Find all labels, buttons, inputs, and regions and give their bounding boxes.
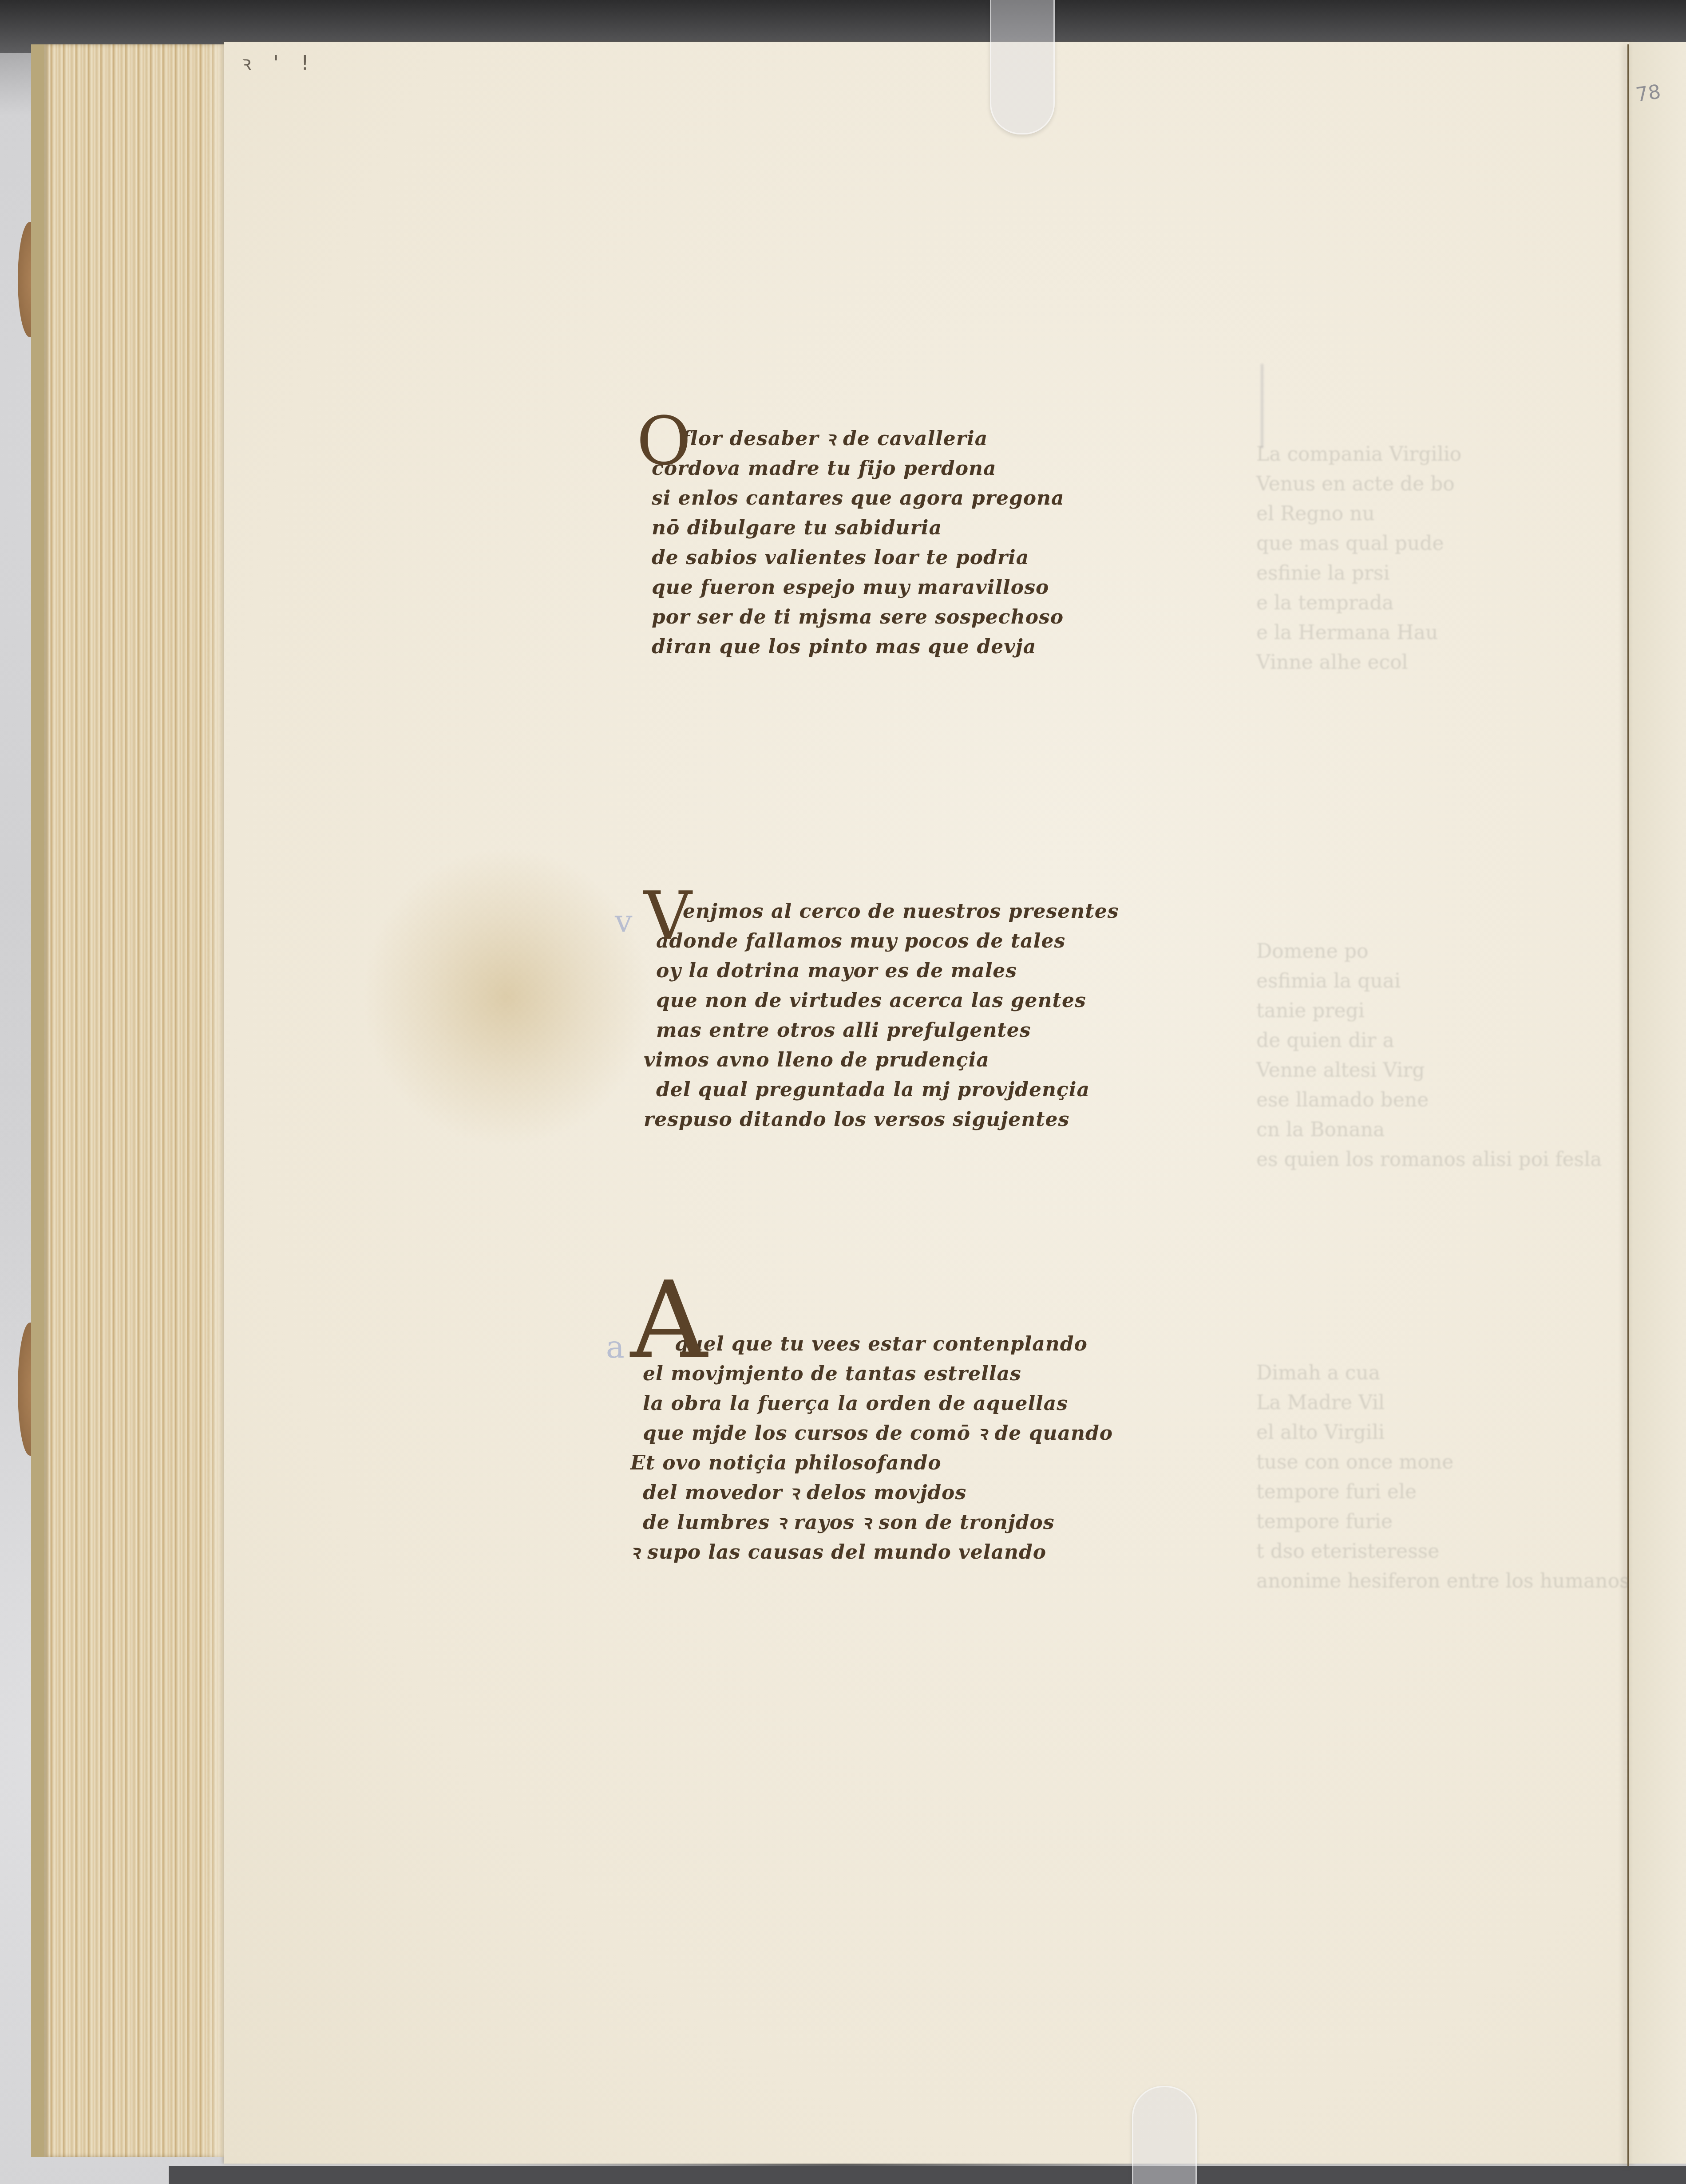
- verse-line: oy la dotrina mayor es de males: [644, 956, 1119, 986]
- verse-line: que fueron espejo muy maravilloso: [639, 573, 1065, 602]
- page-edge-stack: [31, 44, 240, 2157]
- bleed-line: t dso eteristeresse: [1256, 1536, 1630, 1566]
- verse-line: de sabios valientes loar te podria: [639, 543, 1065, 573]
- bleed-line: La Madre Vil: [1256, 1388, 1630, 1418]
- bleed-line: que mas qual pude: [1256, 529, 1461, 558]
- bleed-line: e la temprada: [1256, 588, 1461, 618]
- bleed-line: Venne altesi Virg: [1256, 1055, 1602, 1085]
- verse-line: si enlos cantares que agora pregona: [639, 483, 1065, 513]
- gutter-fold: [1627, 44, 1629, 2166]
- stanza-2: V enjmos al cerco de nuestros presentes …: [644, 897, 1119, 1134]
- bleed-line: es quien los romanos alisi poi fesla: [1256, 1145, 1602, 1174]
- verse-line: que non de virtudes acerca las gentes: [644, 986, 1119, 1015]
- verse-line: vimos avno lleno de prudençia: [644, 1045, 1119, 1075]
- decorated-initial: V: [644, 883, 692, 950]
- verse-line: la obra la fuerça la orden de aquellas: [630, 1389, 1113, 1418]
- verse-line: adonde fallamos muy pocos de tales: [644, 926, 1119, 956]
- verse-line: Et ovo notiçia philosofando: [630, 1448, 1113, 1478]
- verse-line: por ser de ti mjsma sere sospechoso: [639, 602, 1065, 632]
- bleed-through-block-3: Dimah a cua La Madre Vil el alto Virgili…: [1256, 1358, 1630, 1596]
- bleed-line: esfimia la quai: [1256, 966, 1602, 996]
- verse-line: mas entre otros alli prefulgentes: [644, 1015, 1119, 1045]
- verse-line: del qual preguntada la mj provjdençia: [644, 1075, 1119, 1105]
- bleed-rule-1: [1261, 364, 1263, 448]
- guide-letter: a: [606, 1331, 625, 1363]
- verse-line: nō dibulgare tu sabiduria: [639, 513, 1065, 543]
- bleed-line: el Regno nu: [1256, 499, 1461, 529]
- verse-line: que mjde los cursos de comō ꝛ de quando: [630, 1418, 1113, 1448]
- bleed-through-block-1: La compania Virgilio Venus en acte de bo…: [1256, 439, 1461, 677]
- bleed-line: el alto Virgili: [1256, 1418, 1630, 1447]
- bleed-line: Domene po: [1256, 936, 1602, 966]
- verse-line: ꝛ supo las causas del mundo velando: [630, 1537, 1113, 1567]
- corner-ink-marks: ꝛ ' !: [242, 49, 317, 75]
- stanza-1: O flor desaber ꝛ de cavalleria cordova m…: [639, 424, 1065, 662]
- bleed-through-block-2: Domene po esfimia la quai tanie pregi de…: [1256, 936, 1602, 1174]
- facing-folio-number: 78: [1635, 80, 1662, 106]
- guide-letter: v: [615, 905, 633, 936]
- bleed-line: tempore furi ele: [1256, 1477, 1630, 1507]
- bottom-shadow-band: [169, 2166, 1686, 2184]
- decorated-initial: O: [637, 408, 691, 475]
- bleed-line: Dimah a cua: [1256, 1358, 1630, 1388]
- plastic-page-clip-bottom: [1132, 2086, 1197, 2184]
- verse-line: cordova madre tu fijo perdona: [639, 454, 1065, 483]
- bleed-line: anonime hesiferon entre los humanos: [1256, 1566, 1630, 1596]
- verse-line: flor desaber ꝛ de cavalleria: [639, 424, 1065, 454]
- bleed-line: Vinne alhe ecol: [1256, 648, 1461, 677]
- bleed-line: La compania Virgilio: [1256, 439, 1461, 469]
- facing-page-edge: [1629, 42, 1686, 2164]
- bleed-line: de quien dir a: [1256, 1026, 1602, 1055]
- verse-line: del movedor ꝛ delos movjdos: [630, 1478, 1113, 1508]
- verse-line: enjmos al cerco de nuestros presentes: [644, 897, 1119, 926]
- bleed-line: cn la Bonana: [1256, 1115, 1602, 1145]
- bleed-line: e la Hermana Hau: [1256, 618, 1461, 648]
- verse-line: respuso ditando los versos sigujentes: [644, 1105, 1119, 1134]
- bleed-line: esfinie la prsi: [1256, 558, 1461, 588]
- verse-line: diran que los pinto mas que devja: [639, 632, 1065, 662]
- plastic-page-clip-top: [990, 0, 1055, 134]
- bleed-line: tuse con once mone: [1256, 1447, 1630, 1477]
- bleed-line: ese llamado bene: [1256, 1085, 1602, 1115]
- bleed-line: Venus en acte de bo: [1256, 469, 1461, 499]
- stanza-3: A quel que tu vees estar contenplando el…: [630, 1329, 1113, 1567]
- verse-line: de lumbres ꝛ rayos ꝛ son de tronjdos: [630, 1508, 1113, 1537]
- bleed-line: tanie pregi: [1256, 996, 1602, 1026]
- bleed-line: tempore furie: [1256, 1507, 1630, 1536]
- decorated-initial: A: [630, 1267, 707, 1374]
